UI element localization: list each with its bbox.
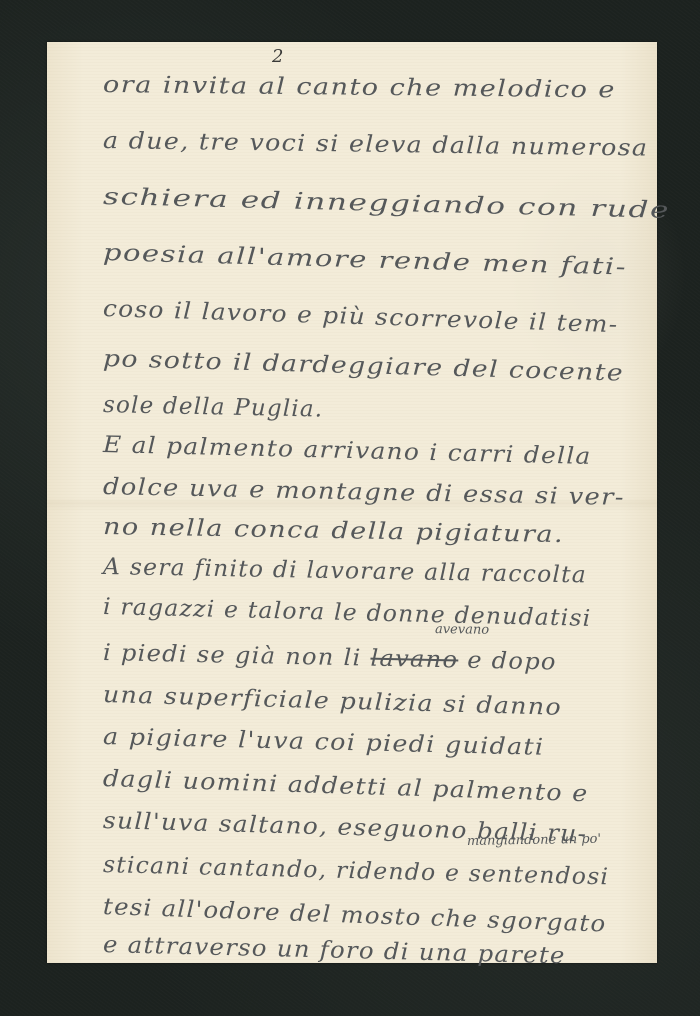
text-line-10: no nella conca della pigiatura. <box>103 514 565 548</box>
text-line-3: schiera ed inneggiando con rude <box>103 184 671 224</box>
text-line-6: po sotto il dardeggiare del cocente <box>103 346 625 387</box>
text-line-13-before: i piedi se già non li <box>103 640 371 672</box>
text-line-2: a due, tre voci si eleva dalla numerosa <box>103 128 649 162</box>
text-line-5: coso il lavoro e più scorrevole il tem- <box>103 296 619 338</box>
text-line-13-after: e dopo <box>458 647 557 675</box>
text-line-14: una superficiale pulizia si danno <box>103 682 563 721</box>
insertion-avevano: avevano <box>435 622 489 638</box>
text-line-18: sticani cantando, ridendo e sentendosi <box>103 852 610 890</box>
text-line-12: i ragazzi e talora le donne denudatisi <box>103 594 592 632</box>
struck-word-lavano: lavano <box>370 646 458 674</box>
text-line-9: dolce uva e montagne di essa si ver- <box>103 474 625 511</box>
text-line-7: sole della Puglia. <box>103 392 324 423</box>
text-line-16: dagli uomini addetti al palmento e <box>103 766 589 807</box>
text-line-20: e attraverso un foro di una parete <box>103 932 566 969</box>
text-line-18-after: e sentendosi <box>445 860 610 890</box>
text-line-11: A sera finito di lavorare alla raccolta <box>103 554 587 588</box>
letter-sheet: 2 ora invita al canto che melodico e a d… <box>47 42 657 963</box>
text-line-1: ora invita al canto che melodico e <box>103 72 616 103</box>
text-line-8: E al palmento arrivano i carri della <box>103 432 592 470</box>
page-number: 2 <box>272 46 283 67</box>
text-line-19: tesi all'odore del mosto che sgorgato <box>103 894 607 938</box>
text-line-4: poesia all'amore rende men fati- <box>103 240 628 281</box>
text-line-15: a pigiare l'uva coi piedi guidati <box>103 724 545 761</box>
text-line-13: i piedi se già non li lavano e dopo <box>103 640 557 675</box>
insertion-mangiandone: mangiandone un po' <box>467 832 601 849</box>
text-line-18-before: sticani cantando, ridendo <box>103 852 446 886</box>
